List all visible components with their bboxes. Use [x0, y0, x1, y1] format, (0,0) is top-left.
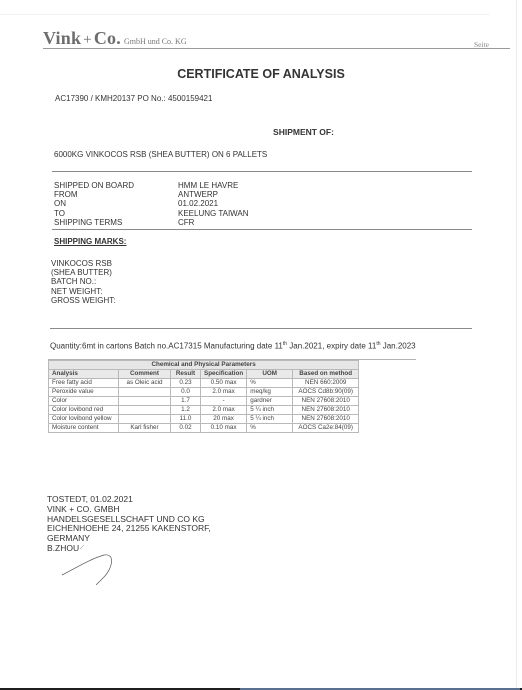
table-row: Moisture contentKarl fisher0.020.10 max%… [49, 424, 359, 433]
table-cell: NEN 27608:2010 [293, 406, 359, 415]
divider [50, 328, 472, 329]
logo-suffix: GmbH und Co. KG [124, 37, 187, 46]
detail-label: TO [54, 209, 178, 218]
column-header: UOM [247, 370, 293, 379]
table-cell: Color lovibond red [49, 406, 119, 415]
table-cell: gardner [247, 397, 293, 406]
handwritten-signature [60, 545, 120, 585]
table-cell: 20 max [201, 415, 247, 424]
detail-label: FROM [54, 190, 178, 199]
quantity-text: Quantity:6mt in cartons Batch no.AC17315… [50, 342, 283, 351]
table-cell: 0.10 max [201, 424, 247, 433]
table-cell: Moisture content [49, 424, 119, 433]
table-row: Peroxide value0.02.0 maxmeq/kgAOCS Cd8b:… [49, 388, 359, 397]
table-header-row: AnalysisCommentResultSpecificationUOMBas… [49, 370, 359, 379]
table-cell: - [201, 397, 247, 406]
table-cell: 2.0 max [201, 388, 247, 397]
table-cell: % [247, 379, 293, 388]
table-cell: 5 ¼ inch [247, 415, 293, 424]
table-cell: Color [49, 397, 119, 406]
quantity-text: Jan.2021, expiry date 11 [287, 342, 376, 351]
table-cell: 0.0 [171, 388, 201, 397]
document-title: CERTIFICATE OF ANALYSIS [0, 67, 522, 81]
table-cell: AOCS Ca2e:84(09) [293, 424, 359, 433]
quantity-text: Jan.2023 [380, 342, 415, 351]
shipping-detail-row: ON01.02.2021 [54, 199, 249, 208]
table-cell: Color lovibond yellow [49, 415, 119, 424]
marks-line: BATCH NO.: [51, 277, 115, 286]
header-divider [43, 48, 510, 49]
table-cell: Free fatty acid [49, 379, 119, 388]
divider [52, 229, 472, 230]
table-cell: % [247, 424, 293, 433]
column-header: Based on method [293, 370, 359, 379]
table-cell [119, 415, 171, 424]
table-cell: Peroxide value [49, 388, 119, 397]
detail-label: SHIPPED ON BOARD [54, 181, 178, 190]
logo-plus: + [83, 32, 92, 48]
marks-line: (SHEA BUTTER) [51, 268, 115, 277]
table-cell: Karl fisher [119, 424, 171, 433]
marks-line: VINKOCOS RSB [51, 259, 115, 268]
detail-value: KEELUNG TAIWAN [178, 209, 249, 218]
table-cell: NEN 27608:2010 [293, 397, 359, 406]
column-header: Analysis [49, 370, 119, 379]
analysis-table: Chemical and Physical Parameters Analysi… [48, 360, 359, 433]
scan-artifact-line [0, 14, 490, 15]
divider [52, 171, 472, 172]
table-cell: 1.7 [171, 397, 201, 406]
marks-line: NET WEIGHT: [51, 287, 115, 296]
shipping-detail-row: TOKEELUNG TAIWAN [54, 209, 249, 218]
column-header: Comment [119, 370, 171, 379]
logo-name: Vink [43, 28, 81, 48]
shipment-heading: SHIPMENT OF: [0, 127, 522, 137]
table-row: Color lovibond red1.22.0 max5 ¼ inchNEN … [49, 406, 359, 415]
table-cell: meq/kg [247, 388, 293, 397]
table-cell [119, 406, 171, 415]
table-row: Color1.7-gardnerNEN 27608:2010 [49, 397, 359, 406]
detail-value: ANTWERP [178, 190, 218, 199]
detail-label: SHIPPING TERMS [54, 218, 178, 227]
table-cell: 1.2 [171, 406, 201, 415]
table-cell: 2.0 max [201, 406, 247, 415]
shipping-detail-row: SHIPPED ON BOARDHMM LE HAVRE [54, 181, 249, 190]
detail-value: CFR [178, 218, 194, 227]
company-logo: Vink+Co.GmbH und Co. KG [43, 28, 187, 49]
table-cell: 11.0 [171, 415, 201, 424]
table-row: Color lovibond yellow11.020 max5 ¼ inchN… [49, 415, 359, 424]
detail-label: ON [54, 199, 178, 208]
marks-line: GROSS WEIGHT: [51, 296, 115, 305]
table-cell: NEN 660:2009 [293, 379, 359, 388]
group-header-cell: Chemical and Physical Parameters [49, 361, 359, 370]
quantity-line: Quantity:6mt in cartons Batch no.AC17315… [50, 341, 416, 351]
table-group-header: Chemical and Physical Parameters [49, 361, 359, 370]
shipping-detail-row: SHIPPING TERMSCFR [54, 218, 249, 227]
column-header: Specification [201, 370, 247, 379]
table-cell: 0.50 max [201, 379, 247, 388]
product-line: 6000KG VINKOCOS RSB (SHEA BUTTER) ON 6 P… [54, 150, 267, 159]
table-cell: 5 ¼ inch [247, 406, 293, 415]
table-cell: 0.02 [171, 424, 201, 433]
logo-name2: Co. [94, 28, 121, 48]
reference-line: AC17390 / KMH20137 PO No.: 4500159421 [55, 94, 212, 103]
shipping-marks-heading: SHIPPING MARKS: [54, 237, 126, 246]
detail-value: HMM LE HAVRE [178, 181, 238, 190]
column-header: Result [171, 370, 201, 379]
shipping-marks: VINKOCOS RSB (SHEA BUTTER) BATCH NO.: NE… [51, 259, 115, 305]
table-row: Free fatty acidas Oleic acid0.230.50 max… [49, 379, 359, 388]
table-cell: 0.23 [171, 379, 201, 388]
table-cell: AOCS Cd8b:90(09) [293, 388, 359, 397]
shipping-detail-row: FROMANTWERP [54, 190, 249, 199]
table-cell: NEN 27608:2010 [293, 415, 359, 424]
page-edge [516, 0, 517, 690]
table-cell [119, 397, 171, 406]
table-cell: as Oleic acid [119, 379, 171, 388]
table-cell [119, 388, 171, 397]
detail-value: 01.02.2021 [178, 199, 218, 208]
shipping-details: SHIPPED ON BOARDHMM LE HAVRE FROMANTWERP… [54, 181, 249, 227]
